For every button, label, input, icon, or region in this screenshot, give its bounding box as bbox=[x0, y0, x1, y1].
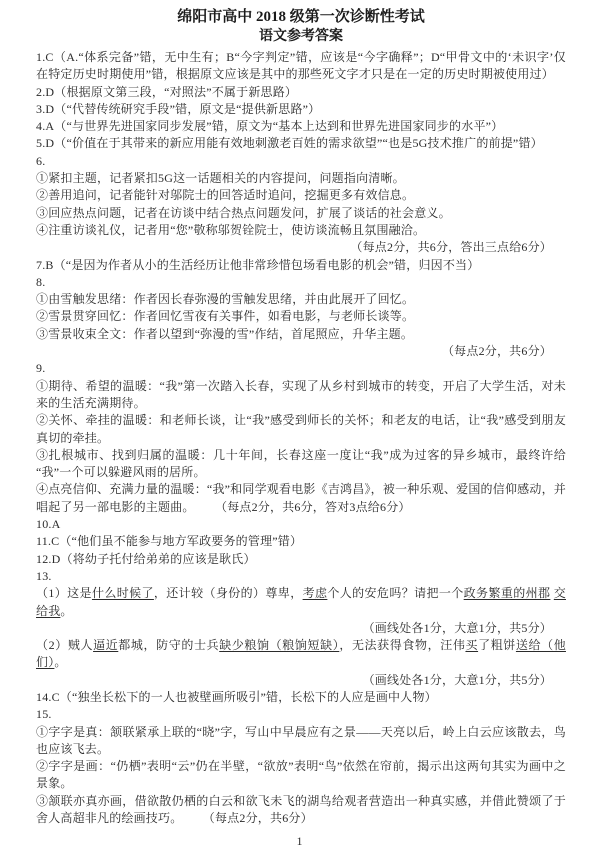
answer-q13-translation2: （2）贼人逼近都城，防守的士兵缺少粮饷（粮饷短缺），无法获得食物，汪伟买了粗饼送… bbox=[36, 637, 566, 672]
answer-q8-point2: ②雪景贯穿回忆：作者回忆雪夜有关事件，如看电影，与老师长谈等。 bbox=[36, 308, 566, 325]
answer-q1: 1.C（A.“体系完备”错，无中生有；B“今字判定”错，应该是“今字确释”；D“… bbox=[36, 49, 566, 84]
answer-q3: 3.D（“代替传统研究手段”错，原文是“提供新思路”） bbox=[36, 101, 566, 118]
answer-q10: 10.A bbox=[36, 516, 566, 533]
answer-q11: 11.C（“他们虽不能参与地方军政要务的管理”错） bbox=[36, 533, 566, 550]
q13-t1-plain: （1）这是 bbox=[36, 586, 92, 600]
answer-q6-point2: ②善用追问，记者能针对邬院士的回答适时追问，挖掘更多有效信息。 bbox=[36, 187, 566, 204]
answer-q9-head: 9. bbox=[36, 360, 566, 377]
q13-t1-plain: 个人的安危吗？请把一个 bbox=[327, 586, 463, 600]
q13-t2-underlined: 逼近 bbox=[93, 638, 118, 652]
answer-q4: 4.A（“与世界先进国家同步发展”错，原文为“基本上达到和世界先进国家同步的水平… bbox=[36, 118, 566, 135]
q13-t2-plain: 。 bbox=[54, 655, 66, 669]
answer-q13-head: 13. bbox=[36, 568, 566, 585]
answer-q15-head: 15. bbox=[36, 706, 566, 723]
q13-t2-plain: ，无法获得食物，汪伟 bbox=[339, 638, 465, 652]
answer-q13-translation1: （1）这是什么时候了，还计较（身份的）尊卑，考虑个人的安危吗？请把一个政务繁重的… bbox=[36, 585, 566, 620]
answer-q15-point2: ②字字是画：“仍栖”表明“云”仍在半壁，“欲放”表明“鸟”依然在帘前，揭示出这两… bbox=[36, 758, 566, 793]
q13-t2-underlined: 买 bbox=[465, 638, 478, 652]
q13-t1-plain: 。 bbox=[60, 604, 72, 618]
page-subtitle: 语文参考答案 bbox=[36, 27, 566, 46]
q13-t2-plain: 了粗饼 bbox=[478, 638, 516, 652]
answer-q14: 14.C（“独坐长松下的一人也被壁画所吸引”错，长松下的人应是画中人物） bbox=[36, 689, 566, 706]
answer-q15-point1: ①字字是真：颔联紧承上联的“晓”字，写山中早晨应有之景——天亮以后，岭上白云应该… bbox=[36, 724, 566, 759]
answer-q13-score-note-2: （画线处各1分，大意1分，共5分） bbox=[36, 672, 566, 689]
answer-q9-point3: ③扎根城市、找到归属的温暖：几十年间，长春这座一度让“我”成为过客的异乡城市，最… bbox=[36, 447, 566, 482]
answer-q8-point3: ③雪景收束全文：作者以望到“弥漫的雪”作结，首尾照应，升华主题。 bbox=[36, 326, 566, 343]
exam-answer-sheet-page: 绵阳市高中 2018 级第一次诊断性考试 语文参考答案 1.C（A.“体系完备”… bbox=[0, 0, 599, 854]
page-title: 绵阳市高中 2018 级第一次诊断性考试 bbox=[36, 8, 566, 27]
answer-q2: 2.D（根据原文第三段，“对照法”不属于新思路） bbox=[36, 84, 566, 101]
answer-q6-point1: ①紧扣主题，记者紧扣5G这一话题相关的内容提问，问题指向清晰。 bbox=[36, 170, 566, 187]
answer-q5: 5.D（“价值在于其带来的新应用能有效地刺激老百姓的需求欲望”“也是5G技术推广… bbox=[36, 135, 566, 152]
answer-q15-point3: ③颔联亦真亦画，借欲散仍栖的白云和欲飞未飞的湖鸟给观者营造出一种真实感，并借此赞… bbox=[36, 793, 566, 828]
answer-q8-head: 8. bbox=[36, 274, 566, 291]
q13-t2-underlined: 缺少粮饷（粮饷短缺） bbox=[219, 638, 339, 652]
answer-q9-point4: ④点亮信仰、充满力量的温暖：“我”和同学观看电影《吉鸿昌》，被一种乐观、爱国的信… bbox=[36, 481, 566, 516]
answer-q9-score-note: （每点2分，共6分，答对3点给6分） bbox=[221, 500, 411, 514]
q13-t1-underlined: 什么时候了 bbox=[92, 586, 154, 600]
q13-t1-underlined: 政务繁重的州郡 bbox=[464, 586, 551, 600]
q13-t2-plain: （2）贼人 bbox=[36, 638, 93, 652]
q13-t1-plain: ，还计较（身份的）尊卑， bbox=[154, 586, 303, 600]
page-number: 1 bbox=[0, 834, 599, 849]
answer-q6-score-note: （每点2分，共6分，答出三点给6分） bbox=[36, 239, 566, 256]
answer-q9-point1: ①期待、希望的温暖：“我”第一次踏入长春，实现了从乡村到城市的转变，开启了大学生… bbox=[36, 378, 566, 413]
answer-q9-point2: ②关怀、牵挂的温暖：和老师长谈，让“我”感受到师长的关怀；和老友的电话，让“我”… bbox=[36, 412, 566, 447]
answer-q6-head: 6. bbox=[36, 153, 566, 170]
answer-q6-point3: ③回应热点问题，记者在访谈中结合热点问题发问，扩展了谈话的社会意义。 bbox=[36, 205, 566, 222]
q13-t1-underlined: 考虑 bbox=[303, 586, 328, 600]
answer-q15-score-note: （每点2分，共6分） bbox=[209, 811, 313, 825]
answer-q6-point4: ④注重访谈礼仪，记者用“您”敬称邬贺铨院士，使访谈流畅且氛围融洽。 bbox=[36, 222, 566, 239]
answer-q8-point1: ①由雪触发思绪：作者因长春弥漫的雪触发思绪，并由此展开了回忆。 bbox=[36, 291, 566, 308]
answer-q8-score-note: （每点2分，共6分） bbox=[36, 343, 566, 360]
page-content: 绵阳市高中 2018 级第一次诊断性考试 语文参考答案 1.C（A.“体系完备”… bbox=[0, 0, 599, 827]
answer-q7: 7.B（“是因为作者从小的生活经历让他非常珍惜包场看电影的机会”错，归因不当） bbox=[36, 257, 566, 274]
answer-q12: 12.D（将幼子托付给弟弟的应该是耿氏） bbox=[36, 551, 566, 568]
answer-q13-score-note-1: （画线处各1分，大意1分，共5分） bbox=[36, 620, 566, 637]
q13-t2-plain: 都城，防守的士兵 bbox=[118, 638, 219, 652]
